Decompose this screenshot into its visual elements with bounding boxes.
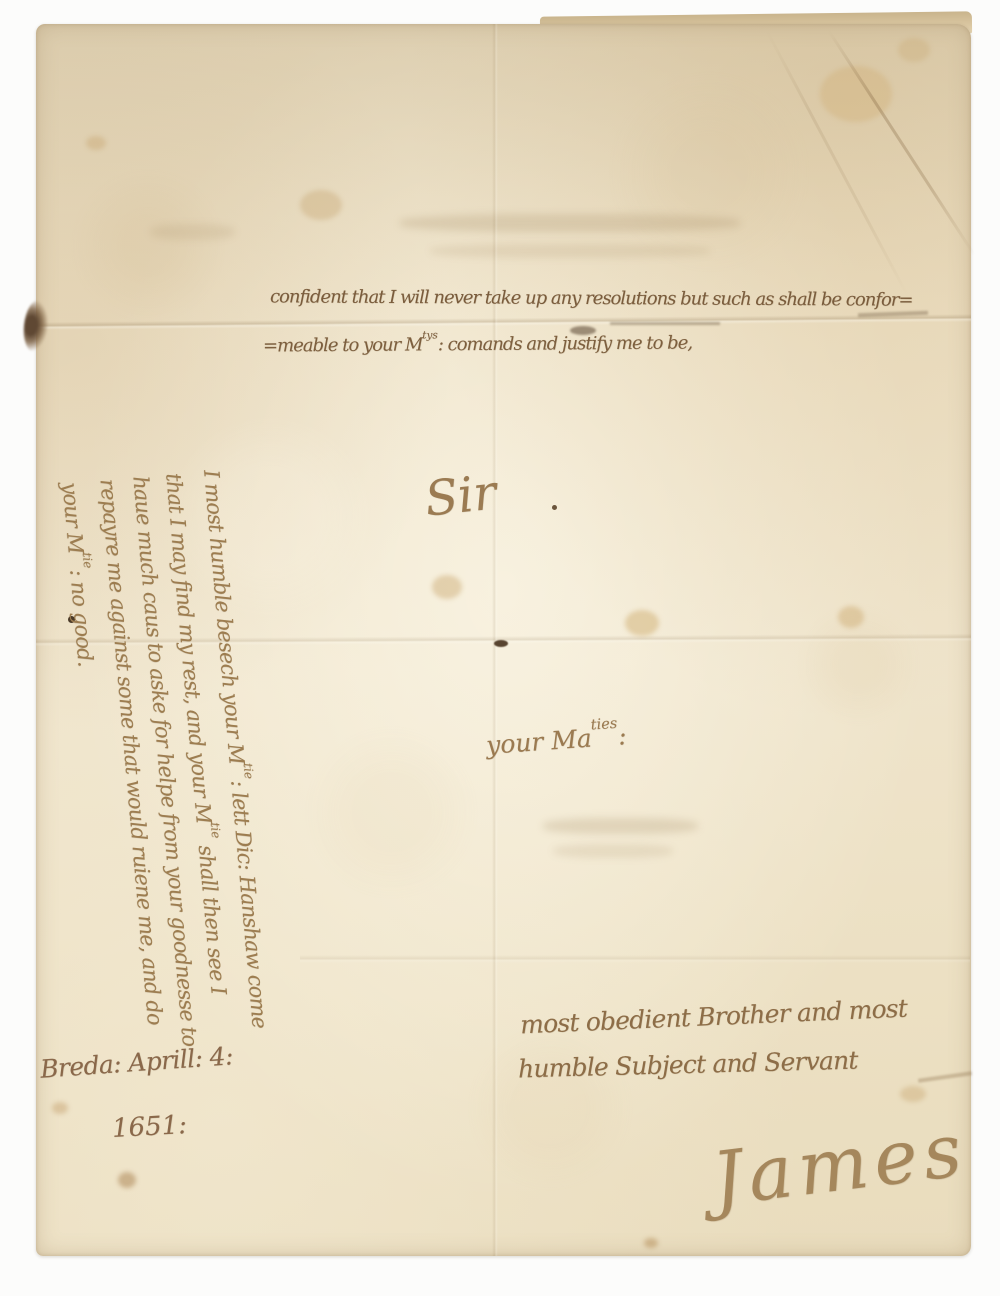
letter-body-line-1: confident that I will never take up any …	[270, 286, 913, 310]
dateline-year: 1651:	[111, 1110, 187, 1144]
stain-spot	[898, 38, 930, 62]
paper-top-grime	[36, 24, 971, 324]
stain-spot	[900, 1086, 926, 1102]
stain-spot	[300, 190, 342, 220]
salutation: Sir	[422, 464, 499, 527]
stain-spot	[432, 575, 462, 599]
ink-blot	[494, 640, 508, 647]
ink-speck	[552, 505, 557, 510]
superscript-abbreviation: tie	[241, 762, 256, 779]
bleed-through-mark	[150, 224, 235, 240]
superscript-abbreviation: tys	[422, 329, 438, 341]
letter-body-line-2: =meable to your Mtys: comands and justif…	[263, 333, 692, 357]
stain-spot	[838, 606, 864, 628]
bleed-through-mark	[553, 844, 673, 858]
stain-spot	[86, 136, 106, 150]
superscript-abbreviation: tie	[80, 552, 95, 569]
bleed-through-mark	[400, 214, 740, 232]
fold-crease-horizontal-lower	[300, 955, 970, 963]
stain-spot	[52, 1102, 68, 1114]
crease-shadow-segment	[610, 322, 720, 325]
bleed-through-mark	[543, 818, 698, 834]
superscript-abbreviation: tie	[208, 822, 223, 839]
stain-spot	[625, 610, 659, 636]
stain-spot	[118, 1172, 136, 1188]
superscript-abbreviation: ties	[590, 716, 618, 734]
letter-photo: confident that I will never take up any …	[0, 0, 1000, 1296]
stain-spot	[644, 1238, 658, 1248]
bleed-through-mark	[430, 244, 710, 258]
